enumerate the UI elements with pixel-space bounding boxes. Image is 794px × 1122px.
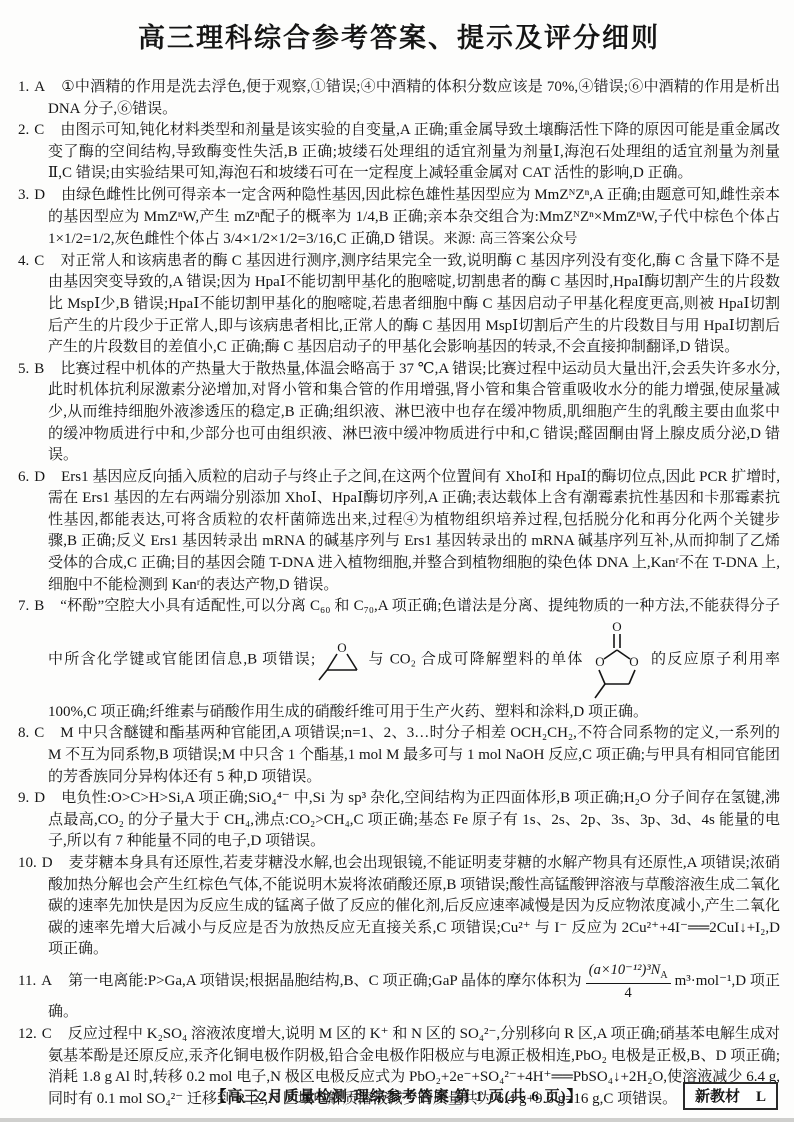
- item-number: 1.: [18, 79, 29, 95]
- propylene-oxide-structure-icon: O: [318, 638, 364, 682]
- answer-item-3: 3.D由绿色雌性比例可得亲本一定含两种隐性基因,因此棕色雄性基因型应为 MmZᴺ…: [18, 185, 780, 251]
- item-text: 由绿色雌性比例可得亲本一定含两种隐性基因,因此棕色雄性基因型应为 MmZᴺZⁿ,…: [48, 187, 780, 247]
- answer-item-1: 1.A①中酒精的作用是洗去浮色,便于观察,①错误;④中酒精的体积分数应该是 70…: [18, 77, 780, 120]
- answer-item-4: 4.C对正常人和该病患者的酶 C 基因进行测序,测序结果完全一致,说明酶 C 基…: [18, 251, 780, 359]
- answer-item-2: 2.C由图示可知,钝化材料类型和剂量是该实验的自变量,A 正确;重金属导致土壤酶…: [18, 120, 780, 185]
- answer-item-5: 5.B比赛过程中机体的产热量大于散热量,体温会略高于 37 ℃,A 错误;比赛过…: [18, 359, 780, 467]
- item-text: 由图示可知,钝化材料类型和剂量是该实验的自变量,A 正确;重金属导致土壤酶活性下…: [48, 122, 780, 181]
- footer-caption: 【高三2月质量检测·理综参考答案 第 1 页(共 6 页)】: [211, 1089, 582, 1105]
- answer-item-7: 7.B“杯酚”空腔大小具有适配性,可以分离 C₆₀ 和 C₇₀,A 项正确;色谱…: [18, 596, 780, 723]
- oxygen-atom-label: O: [595, 654, 604, 669]
- document-page: 高三理科综合参考答案、提示及评分细则 1.A①中酒精的作用是洗去浮色,便于观察,…: [0, 0, 794, 1122]
- textbook-badge: 新教材L: [683, 1082, 778, 1110]
- item-number: 5.: [18, 361, 29, 377]
- item-text: 麦芽糖本身具有还原性,若麦芽糖没水解,也会出现银镜,不能证明麦芽糖的水解产物具有…: [48, 855, 780, 957]
- badge-letter: L: [756, 1089, 766, 1105]
- answer-list: 1.A①中酒精的作用是洗去浮色,便于观察,①错误;④中酒精的体积分数应该是 70…: [18, 77, 780, 1110]
- item-number: 7.: [18, 598, 29, 614]
- page-title: 高三理科综合参考答案、提示及评分细则: [18, 16, 780, 55]
- answer-item-6: 6.DErs1 基因应反向插入质粒的启动子与终止子之间,在这两个位置间有 Xho…: [18, 467, 780, 597]
- item-text: M 中只含醚键和酯基两种官能团,A 项错误;n=1、2、3…时分子相差 OCH₂…: [48, 725, 780, 784]
- item-answer: C: [42, 1026, 52, 1042]
- item-answer: C: [34, 725, 44, 741]
- fraction-numerator-subscript: A: [660, 970, 667, 981]
- molar-volume-fraction: (a×10⁻¹²)³NA4: [586, 961, 671, 1003]
- item-answer: A: [41, 973, 52, 989]
- item-number: 4.: [18, 253, 29, 269]
- item-number: 10.: [18, 855, 37, 871]
- answer-item-11: 11.A第一电离能:P>Ga,A 项错误;根据晶胞结构,B、C 项正确;GaP …: [18, 961, 780, 1024]
- item-text: 与 CO₂ 合成可降解塑料的单体: [367, 651, 584, 667]
- item-number: 9.: [18, 790, 29, 806]
- fraction-numerator: (a×10⁻¹²)³N: [589, 962, 661, 978]
- oxygen-atom-label: O: [612, 619, 621, 634]
- item-answer: D: [34, 469, 45, 485]
- answer-item-8: 8.CM 中只含醚键和酯基两种官能团,A 项错误;n=1、2、3…时分子相差 O…: [18, 723, 780, 788]
- item-number: 2.: [18, 122, 29, 138]
- item-text: 纤维素与硝酸作用生成的硝酸纤维可用于生产火药、塑料和涂料,D 项正确。: [150, 704, 648, 720]
- oxygen-atom-label: O: [629, 654, 638, 669]
- item-text: 比赛过程中机体的产热量大于散热量,体温会略高于 37 ℃,A 错误;比赛过程中运…: [48, 361, 780, 463]
- item-number: 11.: [18, 973, 36, 989]
- page-footer: 【高三2月质量检测·理综参考答案 第 1 页(共 6 页)】: [0, 1085, 794, 1106]
- badge-label: 新教材: [695, 1089, 740, 1105]
- item-answer: D: [34, 187, 45, 203]
- fraction-denominator: 4: [586, 984, 671, 1002]
- item-answer: D: [42, 855, 53, 871]
- answer-item-9: 9.D电负性:O>C>H>Si,A 项正确;SiO₄⁴⁻ 中,Si 为 sp³ …: [18, 788, 780, 853]
- item-answer: A: [34, 79, 45, 95]
- item-number: 12.: [18, 1026, 37, 1042]
- propylene-carbonate-structure-icon: O O O: [587, 618, 647, 702]
- item-number: 8.: [18, 725, 29, 741]
- item-text: ①中酒精的作用是洗去浮色,便于观察,①错误;④中酒精的体积分数应该是 70%,④…: [48, 79, 780, 117]
- item-text: 对正常人和该病患者的酶 C 基因进行测序,测序结果完全一致,说明酶 C 基因序列…: [48, 253, 780, 355]
- item-text: 电负性:O>C>H>Si,A 项正确;SiO₄⁴⁻ 中,Si 为 sp³ 杂化,…: [48, 790, 780, 849]
- item-answer: B: [34, 361, 44, 377]
- item-number: 6.: [18, 469, 29, 485]
- answer-item-10: 10.D麦芽糖本身具有还原性,若麦芽糖没水解,也会出现银镜,不能证明麦芽糖的水解…: [18, 853, 780, 961]
- source-note: 来源: 高三答案公众号: [444, 230, 578, 246]
- oxygen-atom-label: O: [337, 640, 346, 655]
- scan-edge-artifact: [0, 1118, 794, 1122]
- item-answer: B: [34, 598, 44, 614]
- item-number: 3.: [18, 187, 29, 203]
- item-answer: C: [34, 253, 44, 269]
- item-text: Ers1 基因应反向插入质粒的启动子与终止子之间,在这两个位置间有 XhoⅠ和 …: [48, 469, 780, 593]
- item-answer: D: [34, 790, 45, 806]
- item-text: 第一电离能:P>Ga,A 项错误;根据晶胞结构,B、C 项正确;GaP 晶体的摩…: [68, 973, 582, 989]
- item-answer: C: [34, 122, 44, 138]
